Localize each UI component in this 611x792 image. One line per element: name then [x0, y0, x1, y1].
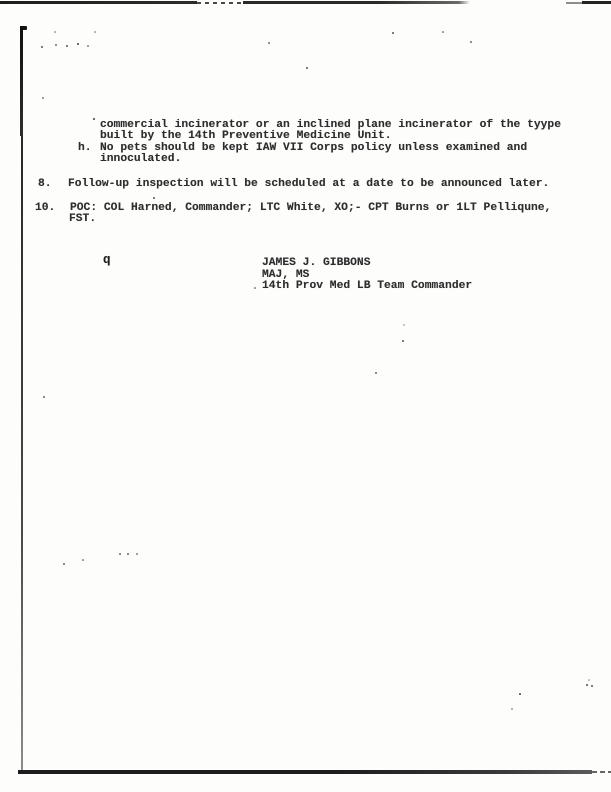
scanned-document-page: commercial incinerator or an inclined pl… [0, 0, 611, 792]
scan-edge-left-streak [20, 26, 23, 136]
scan-speck [127, 553, 129, 555]
scan-edge-bottom [18, 770, 592, 774]
scan-speck [93, 118, 95, 120]
scan-edge-top-dashes [197, 2, 243, 4]
scan-speck [591, 685, 593, 687]
scan-speck [511, 708, 513, 710]
scan-speck [470, 41, 472, 43]
scan-speck [375, 372, 377, 374]
scan-speck [268, 42, 270, 44]
scan-speck [136, 553, 138, 555]
signature-title: 14th Prov Med LB Team Commander [262, 281, 472, 293]
para-h-line4: innoculated. [100, 154, 181, 166]
para-8-label: 8. [38, 179, 52, 191]
para-8-text: Follow-up inspection will be scheduled a… [68, 179, 549, 191]
scan-speck [402, 340, 404, 342]
signature-stray-mark: q [103, 255, 111, 267]
signature-name: JAMES J. GIBBONS [262, 258, 370, 270]
para-h-label: h. [78, 143, 92, 155]
scan-speck [54, 31, 56, 33]
scan-speck [254, 287, 256, 289]
scan-edge-top-segment [582, 1, 611, 4]
scan-edge-left-streak [21, 536, 23, 772]
para-h-line2: built by the 14th Preventive Medicine Un… [100, 131, 392, 143]
scan-speck [77, 43, 79, 45]
scan-edge-top-faint [566, 2, 582, 4]
scan-speck [153, 197, 155, 199]
scan-speck [588, 679, 590, 681]
scan-speck [392, 32, 394, 34]
scan-edge-top-segment [243, 1, 470, 4]
scan-speck [66, 45, 68, 47]
scan-speck [403, 324, 405, 326]
scan-speck [519, 693, 521, 695]
scan-speck [306, 67, 308, 69]
scan-speck [63, 563, 65, 565]
scan-speck [42, 97, 44, 99]
scan-speck [87, 45, 89, 47]
scan-edge-top-segment [0, 1, 197, 4]
scan-edge-bottom-dashes [592, 771, 611, 773]
scan-speck [82, 559, 84, 561]
para-10-line2: FST. [69, 214, 96, 226]
scan-speck [94, 31, 96, 33]
para-10-line1: POC: COL Harned, Commander; LTC White, X… [70, 203, 551, 215]
scan-speck [442, 31, 444, 33]
scan-speck [586, 684, 588, 686]
scan-speck [41, 46, 43, 48]
scan-edge-left-streak [21, 136, 23, 536]
scan-speck [43, 396, 45, 398]
scan-speck [55, 44, 57, 46]
para-10-label: 10. [35, 203, 55, 215]
scan-speck [119, 553, 121, 555]
